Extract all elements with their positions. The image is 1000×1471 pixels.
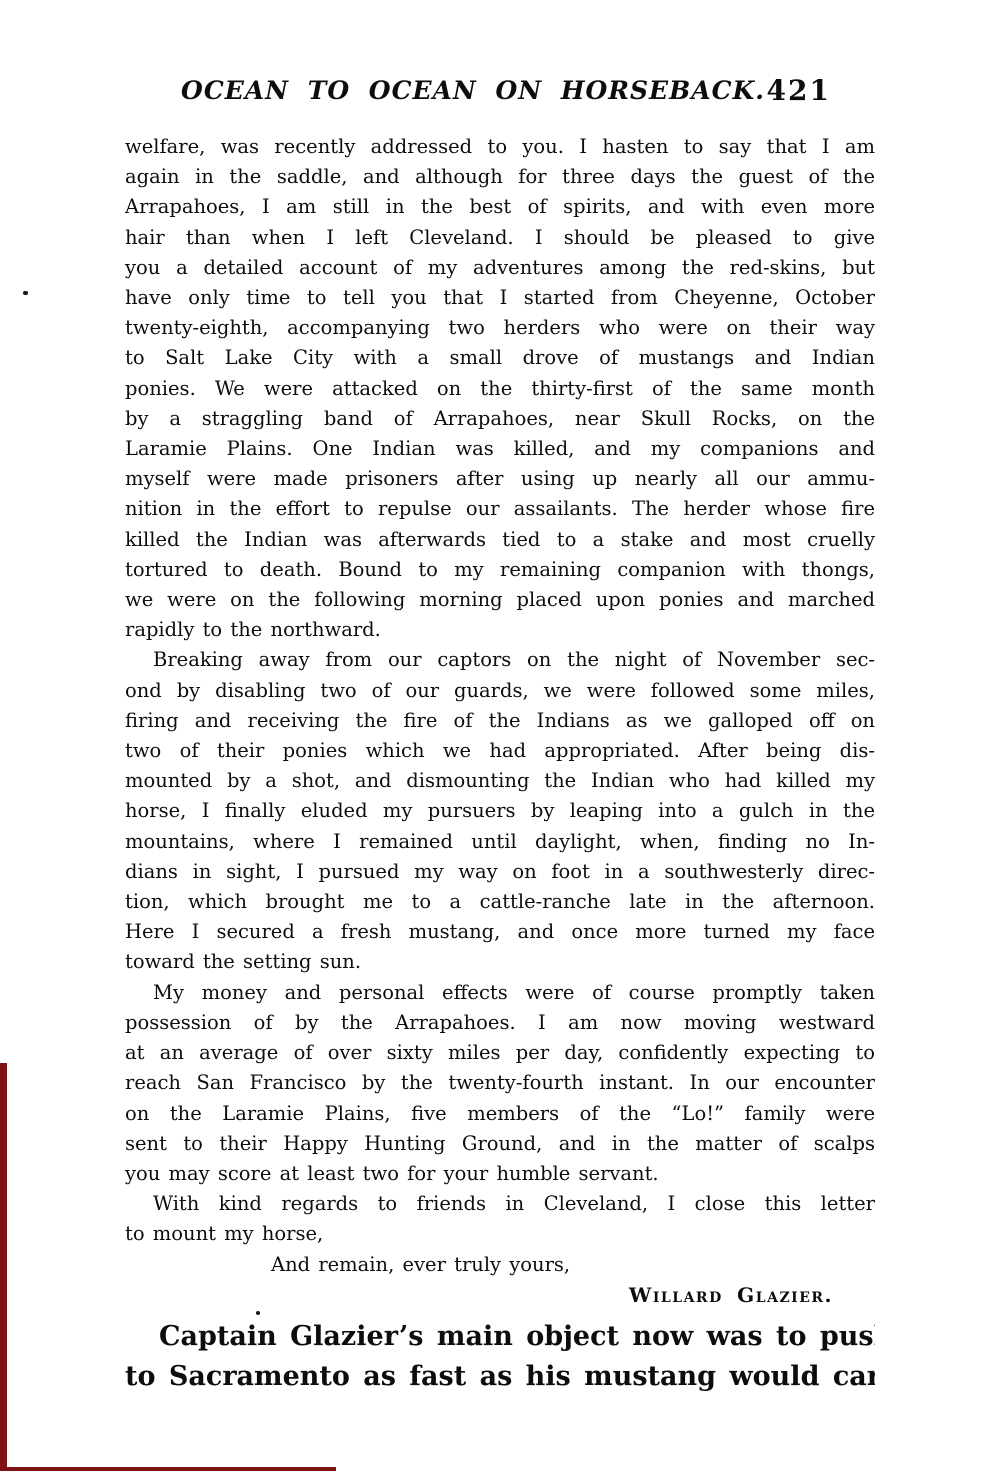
text-line: you may score at least two for your humb… (125, 1159, 875, 1189)
text-line: ponies. We were attacked on the thirty-f… (125, 374, 875, 404)
page-number: 421 (767, 74, 831, 107)
text-line: two of their ponies which we had appropr… (125, 736, 875, 766)
text-column: OCEAN TO OCEAN ON HORSEBACK. 421 welfare… (125, 0, 875, 1397)
text-line: mountains, where I remained until daylig… (125, 827, 875, 857)
text-line: nition in the effort to repulse our assa… (125, 494, 875, 524)
running-header: OCEAN TO OCEAN ON HORSEBACK. 421 (125, 76, 875, 110)
text-line: With kind regards to friends in Clevelan… (125, 1189, 875, 1219)
text-line: Laramie Plains. One Indian was killed, a… (125, 434, 875, 464)
text-line: sent to their Happy Hunting Ground, and … (125, 1129, 875, 1159)
text-line: you a detailed account of my adventures … (125, 253, 875, 283)
letter-body: welfare, was recently addressed to you. … (125, 132, 875, 1310)
paragraph-2: Breaking away from our captors on the ni… (125, 645, 875, 977)
text-line: horse, I finally eluded my pursuers by l… (125, 796, 875, 826)
text-line: reach San Francisco by the twenty-fourth… (125, 1068, 875, 1098)
text-line: to Salt Lake City with a small drove of … (125, 343, 875, 373)
text-line: mounted by a shot, and dismounting the I… (125, 766, 875, 796)
paragraph-3: My money and personal effects were of co… (125, 978, 875, 1189)
text-line: hair than when I left Cleveland. I shoul… (125, 223, 875, 253)
ink-speck (256, 1311, 260, 1315)
text-line: Breaking away from our captors on the ni… (125, 645, 875, 675)
text-line: Here I secured a fresh mustang, and once… (125, 917, 875, 947)
text-line: Captain Glazier’s main object now was to… (125, 1317, 875, 1357)
text-line: tion, which brought me to a cattle-ranch… (125, 887, 875, 917)
ink-speck (23, 291, 28, 295)
text-line: to Sacramento as fast as his mustang wou… (125, 1357, 875, 1397)
text-line: myself were made prisoners after using u… (125, 464, 875, 494)
paragraph-1: welfare, was recently addressed to you. … (125, 132, 875, 645)
text-line: tortured to death. Bound to my remaining… (125, 555, 875, 585)
text-line: welfare, was recently addressed to you. … (125, 132, 875, 162)
text-line: toward the setting sun. (125, 947, 875, 977)
text-line: Arrapahoes, I am still in the best of sp… (125, 192, 875, 222)
text-line: ond by disabling two of our guards, we w… (125, 676, 875, 706)
header-title: OCEAN TO OCEAN ON HORSEBACK. (181, 76, 765, 105)
text-line: have only time to tell you that I starte… (125, 283, 875, 313)
text-line: by a straggling band of Arrapahoes, near… (125, 404, 875, 434)
text-line: My money and personal effects were of co… (125, 978, 875, 1008)
letter-signature: Willard Glazier. (125, 1280, 833, 1310)
paragraph-4: With kind regards to friends in Clevelan… (125, 1189, 875, 1249)
scan-edge-artifact-left (0, 1063, 7, 1471)
text-line: firing and receiving the fire of the Ind… (125, 706, 875, 736)
text-line: at an average of over sixty miles per da… (125, 1038, 875, 1068)
text-line: rapidly to the northward. (125, 615, 875, 645)
text-line: again in the saddle, and although for th… (125, 162, 875, 192)
letter-closing: And remain, ever truly yours, (271, 1250, 875, 1280)
text-line: on the Laramie Plains, five members of t… (125, 1099, 875, 1129)
text-line: dians in sight, I pursued my way on foot… (125, 857, 875, 887)
book-page: OCEAN TO OCEAN ON HORSEBACK. 421 welfare… (0, 0, 1000, 1471)
text-line: we were on the following morning placed … (125, 585, 875, 615)
text-line: to mount my horse, (125, 1219, 875, 1249)
text-line: possession of by the Arrapahoes. I am no… (125, 1008, 875, 1038)
text-line: killed the Indian was afterwards tied to… (125, 525, 875, 555)
narrative-paragraph: Captain Glazier’s main object now was to… (125, 1317, 875, 1397)
text-line: twenty-eighth, accompanying two herders … (125, 313, 875, 343)
scan-edge-artifact-bottom (0, 1467, 336, 1471)
